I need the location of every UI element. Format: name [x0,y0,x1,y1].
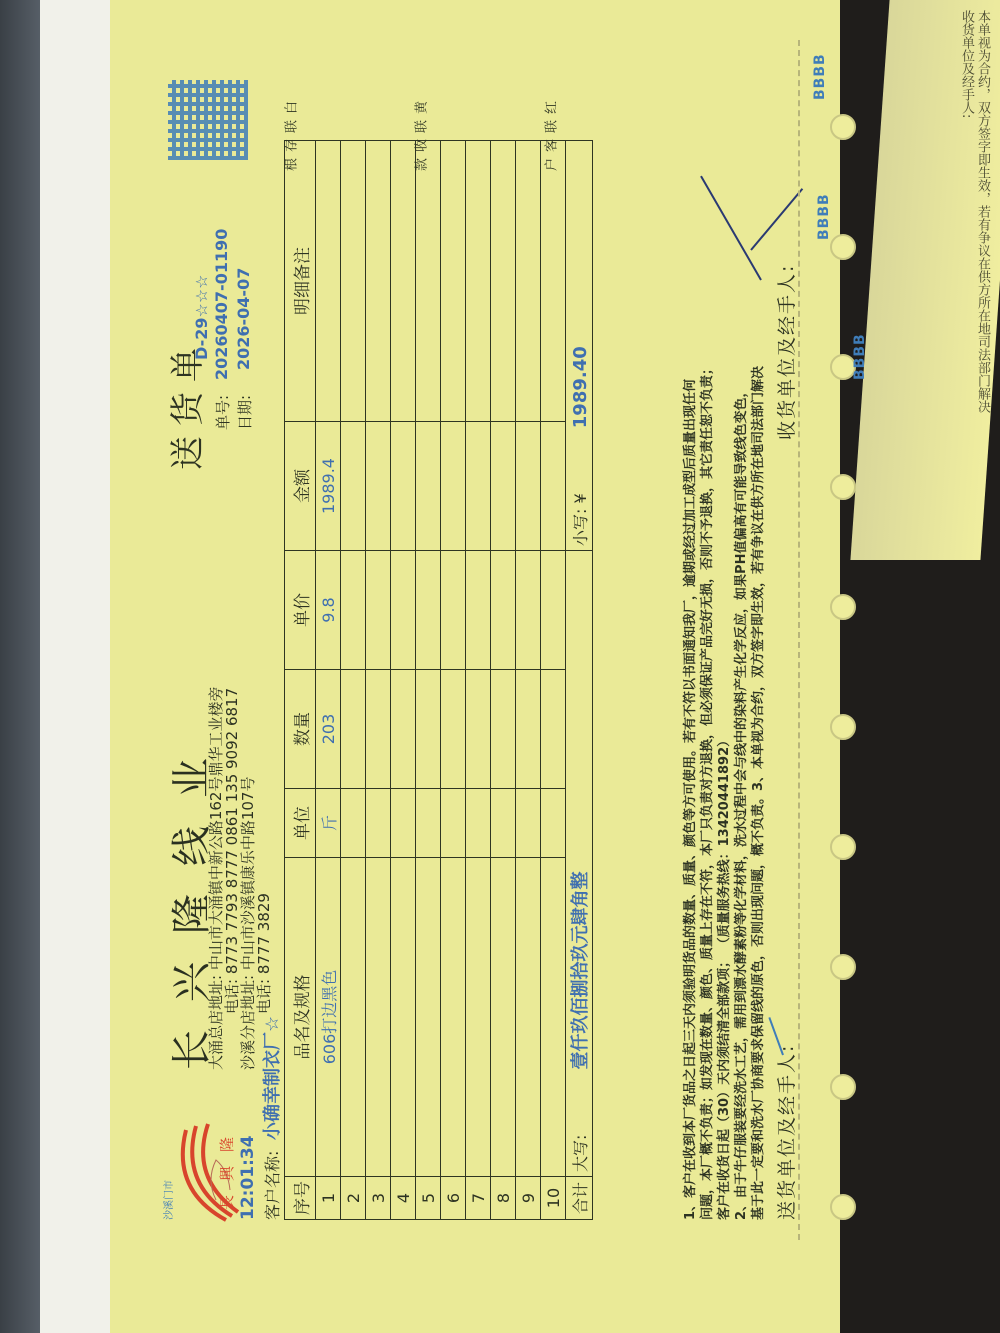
delivery-receipt: 沙溪门市 長興隆 12:01:34 长兴隆线业 送货单 大涌总店地址: 中山市大… [160,40,800,1240]
header-unit: 单位 [285,789,316,858]
header-note: 明细备注 [285,141,316,422]
receiving-signature-label: 收货单位及经手人: [772,264,799,440]
order-no-label: 单号: [212,395,233,430]
table-row: 7 [466,141,491,1220]
copy-red: 红联客户 [544,100,560,176]
background-receipt-text: 本单视为合约，双方签字即生效，若有争议在供方所在地司法部门解决 收货单位及经手人… [900,10,990,550]
total-row: 合计 大写: 壹仟玖佰捌拾玖元肆角整 小写: ¥ 1989.40 [566,141,593,1220]
stamp-mark: BBBB [816,193,832,240]
punch-hole [830,834,856,860]
form-code: D-29☆☆☆ [192,274,211,360]
table-row: 4 [391,141,416,1220]
perforated-strip: BBBB BBBB BBBB [798,40,880,1240]
punch-hole [830,1194,856,1220]
table-header-row: 序号 品名及规格 单位 数量 单价 金额 明细备注 [285,141,316,1220]
total-upper: 大写: 壹仟玖佰捌拾玖元肆角整 [566,551,593,1177]
order-no: 20260407-01190 [212,229,231,380]
punch-hole [830,594,856,620]
table-row: 9 [516,141,541,1220]
header-name: 品名及规格 [285,858,316,1177]
copy-yellow: 黄联收款 [414,100,430,176]
table-row: 1 606打边黑色 斤 203 9.8 1989.4 [316,141,341,1220]
table-row: 5 [416,141,441,1220]
print-time: 12:01:34 [238,1135,258,1220]
qr-code-icon [168,80,248,160]
total-lower: 小写: ¥ 1989.40 [566,141,593,551]
date-value: 2026-04-07 [234,268,253,370]
total-lower-value: 1989.40 [570,346,591,428]
stamp-mark: BBBB [852,333,868,380]
punch-hole [830,954,856,980]
branch-phone: 电话: 8777 3829 [256,893,273,1014]
terms-text: 1、客户在收到本厂货品之日起三天内须验明货品的数量、质量、颜色等方可使用。若有不… [682,120,767,1220]
copy-white: 白联存根 [284,100,300,176]
header-price: 单价 [285,551,316,670]
table-row: 10 [541,141,566,1220]
punch-hole [830,1074,856,1100]
punch-hole [830,234,856,260]
items-table: 序号 品名及规格 单位 数量 单价 金额 明细备注 1 606打边黑色 斤 20… [284,140,593,1220]
customer-label: 客户名称: [260,1151,283,1220]
receipt-paper: 沙溪门市 長興隆 12:01:34 长兴隆线业 送货单 大涌总店地址: 中山市大… [110,0,840,1333]
stamp-mark: BBBB [812,53,828,100]
header-no: 序号 [285,1177,316,1220]
header-amount: 金额 [285,422,316,551]
total-label: 合计 [566,1177,593,1220]
logo-small-text: 沙溪门市 [160,1180,175,1220]
punch-hole [830,114,856,140]
delivery-signature-label: 送货单位及经手人: [772,1044,799,1220]
date-label: 日期: [234,395,255,430]
total-upper-value: 壹仟玖佰捌拾玖元肆角整 [570,872,591,1070]
customer-name: 小确幸制衣厂☆ [258,1016,284,1140]
table-row: 2 [341,141,366,1220]
table-row: 3 [366,141,391,1220]
punch-hole [830,714,856,740]
table-row: 8 [491,141,516,1220]
punch-hole [830,474,856,500]
header-qty: 数量 [285,670,316,789]
table-row: 6 [441,141,466,1220]
logo-name: 長興隆 [216,1123,237,1210]
